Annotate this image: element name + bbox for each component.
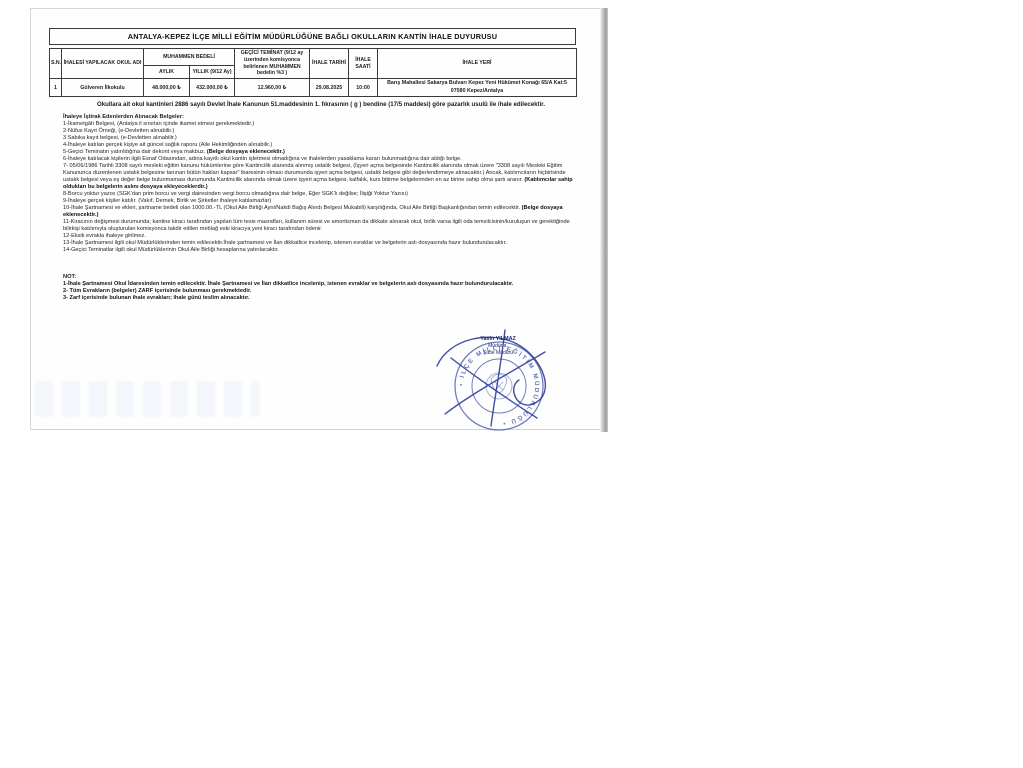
list-item: 10-İhale Şartnamesi ve ekleri, şartname …: [63, 205, 579, 219]
stamp-and-signature: • İLÇE MİLLİ EĞİTİM MÜDÜRLÜĞÜ • Yasin YI…: [421, 324, 581, 434]
list-item-text: 9-İhaleye gerçek kişiler katılır. (Vakıf…: [63, 198, 271, 204]
signatory-block: Yasin YILMAZ Müdür a. Şube Müdürü: [455, 336, 541, 357]
cell-sn: 1: [50, 79, 62, 97]
cell-saat: 10:00: [349, 79, 378, 97]
list-item: 12-Eksik evrakla ihaleye girilmez.: [63, 233, 579, 240]
table-row: 1 Gülveren İlkokulu 48.000,00 ₺ 432.000,…: [50, 79, 577, 97]
col-header-aylik: AYLIK: [144, 66, 190, 79]
list-item: 9-İhaleye gerçek kişiler katılır. (Vakıf…: [63, 198, 579, 205]
list-item-bold-suffix: (Belge dosyaya eklenecektir.): [207, 149, 285, 155]
list-item: 6-İhaleye katılacak kişilerin ilgili Esn…: [63, 156, 579, 163]
intro-line: Okullara ait okul kantinleri 2886 sayılı…: [63, 101, 579, 108]
list-item-text: 10-İhale Şartnamesi ve ekleri, şartname …: [63, 205, 522, 211]
scan-background: ANTALYA-KEPEZ İLÇE MİLLİ EĞİTİM MÜDÜRLÜĞ…: [0, 0, 1023, 768]
list-item-text: 13-İhale Şartnamesi ilgili okul Müdürlük…: [63, 240, 507, 246]
note-item: 1-İhale Şartnamesi Okul İdaresinden temi…: [63, 281, 579, 288]
col-header-yillik: YILLIK (9/12 Ay): [190, 66, 235, 79]
list-item-text: 4-İhaleye katılan gerçek kişiye ait günc…: [63, 142, 272, 148]
signatory-name: Yasin YILMAZ: [455, 336, 541, 343]
col-header-muhammen: MUHAMMEN BEDELİ: [144, 49, 235, 66]
cell-yer: Barış Mahallesi Sakarya Bulvarı Kepez Ye…: [378, 79, 577, 97]
body-text: Okullara ait okul kantinleri 2886 sayılı…: [63, 101, 579, 302]
cell-teminat: 12.960,00 ₺: [235, 79, 310, 97]
signatory-duty: Müdür a.: [455, 343, 541, 350]
list-item-text: 5-Geçici Teminatın yatırıldığına dair de…: [63, 149, 207, 155]
list-item-text: 3 Sabıka kayıt belgesi, (e-Devletten alı…: [63, 135, 177, 141]
list-item-text: 11-Kiracının değişmesi durumunda; kantin…: [63, 219, 570, 232]
notes-heading: NOT:: [63, 274, 579, 281]
col-header-saat: İHALE SAATİ: [349, 49, 378, 79]
tender-table: S.N. İHALESİ YAPILACAK OKUL ADI MUHAMMEN…: [49, 48, 577, 97]
page-edge-shadow: [600, 8, 608, 432]
requirements-heading: İhaleye İştirak Edenlerden Alınacak Belg…: [63, 114, 579, 121]
document-page: ANTALYA-KEPEZ İLÇE MİLLİ EĞİTİM MÜDÜRLÜĞ…: [30, 8, 600, 430]
col-header-yer: İHALE YERİ: [378, 49, 577, 79]
list-item-text: 7- 05/06/1986 Tarihli 3308 sayılı meslek…: [63, 163, 566, 183]
list-item: 8-Borcu yoktur yazısı (SGK'dan prim borc…: [63, 191, 579, 198]
list-item: 14-Geçici Teminatlar ilgili okul Müdürlü…: [63, 247, 579, 254]
list-item: 13-İhale Şartnamesi ilgili okul Müdürlük…: [63, 240, 579, 247]
cell-okul: Gülveren İlkokulu: [62, 79, 144, 97]
col-header-teminat: GEÇİCİ TEMİNAT (9/12 ay üzerinden komisy…: [235, 49, 310, 79]
list-item-text: 2-Nüfus Kayıt Örneği, (e-Devletten alına…: [63, 128, 174, 134]
list-item: 4-İhaleye katılan gerçek kişiye ait günc…: [63, 142, 579, 149]
col-header-sn: S.N.: [50, 49, 62, 79]
list-item-text: 14-Geçici Teminatlar ilgili okul Müdürlü…: [63, 247, 279, 253]
notes-section: NOT: 1-İhale Şartnamesi Okul İdaresinden…: [63, 274, 579, 302]
col-header-tarih: İHALE TARİHİ: [310, 49, 349, 79]
list-item-text: 1-İkametgâh Belgesi, (Antalya il sınırla…: [63, 121, 254, 127]
list-item: 2-Nüfus Kayıt Örneği, (e-Devletten alına…: [63, 128, 579, 135]
note-item: 3- Zarf içerisinde bulunan ihale evrakla…: [63, 295, 579, 302]
page-title: ANTALYA-KEPEZ İLÇE MİLLİ EĞİTİM MÜDÜRLÜĞ…: [49, 28, 576, 45]
list-item: 3 Sabıka kayıt belgesi, (e-Devletten alı…: [63, 135, 579, 142]
cell-yillik: 432.000,00 ₺: [190, 79, 235, 97]
list-item-text: 12-Eksik evrakla ihaleye girilmez.: [63, 233, 146, 239]
signatory-title: Şube Müdürü: [455, 350, 541, 357]
faint-watermark: [35, 381, 260, 417]
list-item-text: 8-Borcu yoktur yazısı (SGK'dan prim borc…: [63, 191, 408, 197]
cell-aylik: 48.000,00 ₺: [144, 79, 190, 97]
note-item: 2- Tüm Evrakların (belgeler) ZARF içeris…: [63, 288, 579, 295]
list-item: 5-Geçici Teminatın yatırıldığına dair de…: [63, 149, 579, 156]
cell-tarih: 29.08.2025: [310, 79, 349, 97]
list-item-text: 6-İhaleye katılacak kişilerin ilgili Esn…: [63, 156, 462, 162]
list-item: 11-Kiracının değişmesi durumunda; kantin…: [63, 219, 579, 233]
list-item: 1-İkametgâh Belgesi, (Antalya il sınırla…: [63, 121, 579, 128]
col-header-okul: İHALESİ YAPILACAK OKUL ADI: [62, 49, 144, 79]
list-item: 7- 05/06/1986 Tarihli 3308 sayılı meslek…: [63, 163, 579, 191]
